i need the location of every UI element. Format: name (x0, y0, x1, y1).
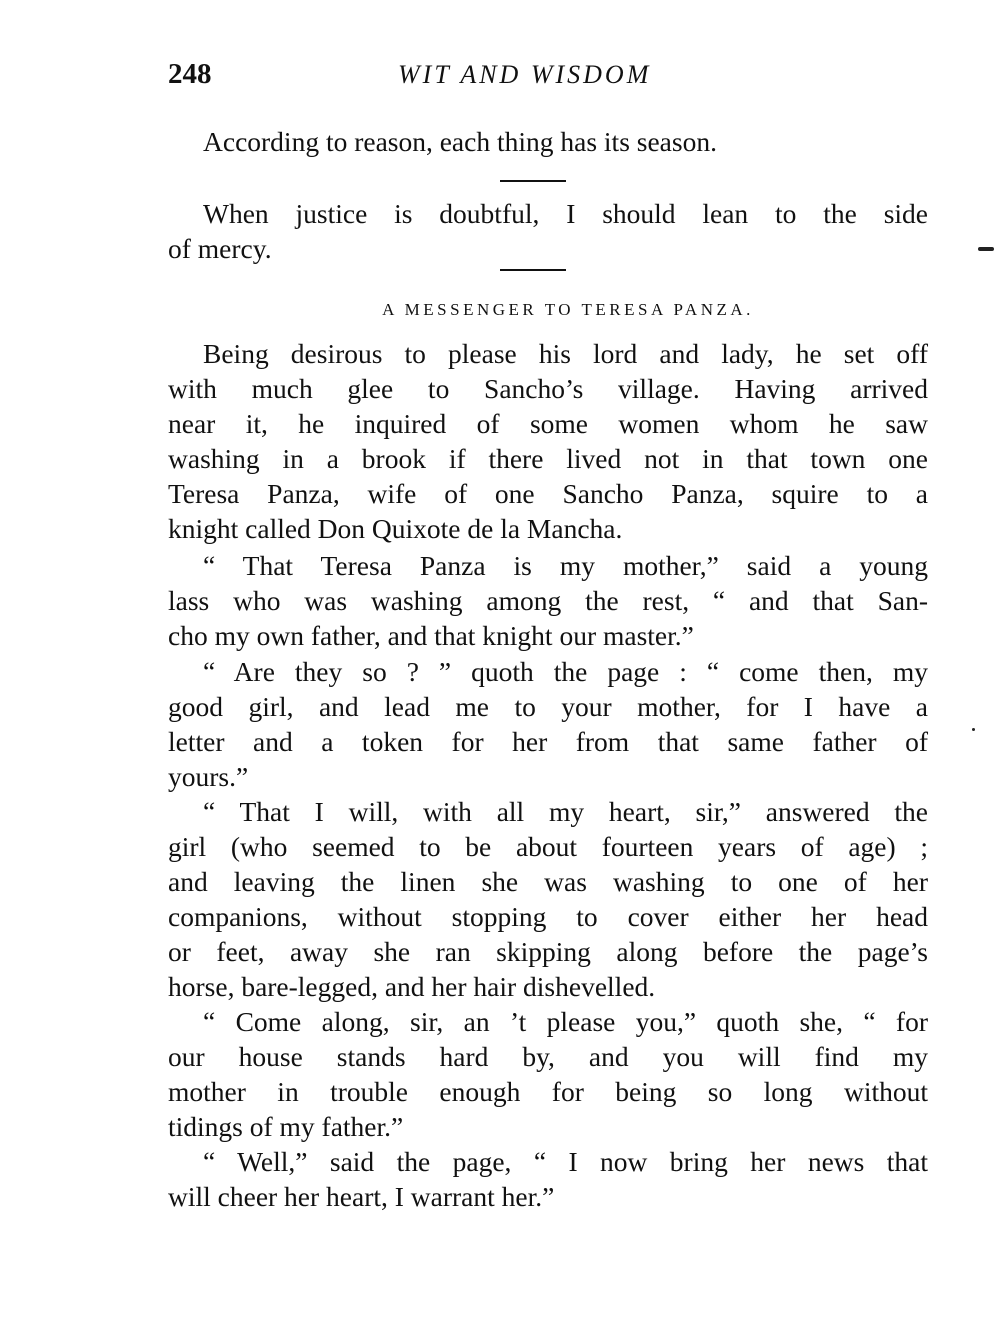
section-heading: A MESSENGER TO TERESA PANZA. (168, 300, 928, 320)
paragraph-3: “ Are they so ? ” quoth the page : “ com… (168, 654, 928, 794)
text-line: yours.” (168, 759, 928, 794)
maxim-1: According to reason, each thing has its … (168, 124, 928, 159)
maxim-1-line-1: According to reason, each thing has its … (168, 124, 928, 159)
text-line: “ Well,” said the page, “ I now bring he… (168, 1144, 928, 1179)
page-number: 248 (168, 58, 212, 91)
text-line: Being desirous to please his lord and la… (168, 336, 928, 371)
running-head: 248 WIT AND WISDOM (168, 58, 928, 98)
margin-speck (978, 247, 994, 251)
text-line: with much glee to Sancho’s village. Havi… (168, 371, 928, 406)
text-line: “ That Teresa Panza is my mother,” said … (168, 548, 928, 583)
text-line: and leaving the linen she was washing to… (168, 864, 928, 899)
maxim-2: When justice is doubtful, I should lean … (168, 196, 928, 266)
paragraph-4: “ That I will, with all my heart, sir,” … (168, 794, 928, 1004)
margin-speck (972, 728, 975, 731)
text-line: letter and a token for her from that sam… (168, 724, 928, 759)
text-line: cho my own father, and that knight our m… (168, 618, 928, 653)
text-line: companions, without stopping to cover ei… (168, 899, 928, 934)
text-line: near it, he inquired of some women whom … (168, 406, 928, 441)
paragraph-5: “ Come along, sir, an ’t please you,” qu… (168, 1004, 928, 1144)
text-line: horse, bare-legged, and her hair disheve… (168, 969, 928, 1004)
text-line: “ That I will, with all my heart, sir,” … (168, 794, 928, 829)
text-line: Teresa Panza, wife of one Sancho Panza, … (168, 476, 928, 511)
text-line: washing in a brook if there lived not in… (168, 441, 928, 476)
text-line: good girl, and lead me to your mother, f… (168, 689, 928, 724)
text-line: lass who was washing among the rest, “ a… (168, 583, 928, 618)
paragraph-2: “ That Teresa Panza is my mother,” said … (168, 548, 928, 653)
separator-rule-2 (500, 269, 566, 271)
paragraph-6: “ Well,” said the page, “ I now bring he… (168, 1144, 928, 1214)
text-line: girl (who seemed to be about fourteen ye… (168, 829, 928, 864)
maxim-2-line-1: When justice is doubtful, I should lean … (168, 196, 928, 231)
text-line: “ Are they so ? ” quoth the page : “ com… (168, 654, 928, 689)
book-page: 248 WIT AND WISDOM According to reason, … (0, 0, 1000, 1318)
text-line: our house stands hard by, and you will f… (168, 1039, 928, 1074)
text-line: knight called Don Quixote de la Mancha. (168, 511, 928, 546)
separator-rule-1 (500, 180, 566, 182)
paragraph-1: Being desirous to please his lord and la… (168, 336, 928, 546)
text-line: or feet, away she ran skipping along bef… (168, 934, 928, 969)
text-line: tidings of my father.” (168, 1109, 928, 1144)
text-line: “ Come along, sir, an ’t please you,” qu… (168, 1004, 928, 1039)
maxim-2-line-2: of mercy. (168, 231, 928, 266)
running-title: WIT AND WISDOM (398, 60, 651, 90)
text-line: will cheer her heart, I warrant her.” (168, 1179, 928, 1214)
text-line: mother in trouble enough for being so lo… (168, 1074, 928, 1109)
